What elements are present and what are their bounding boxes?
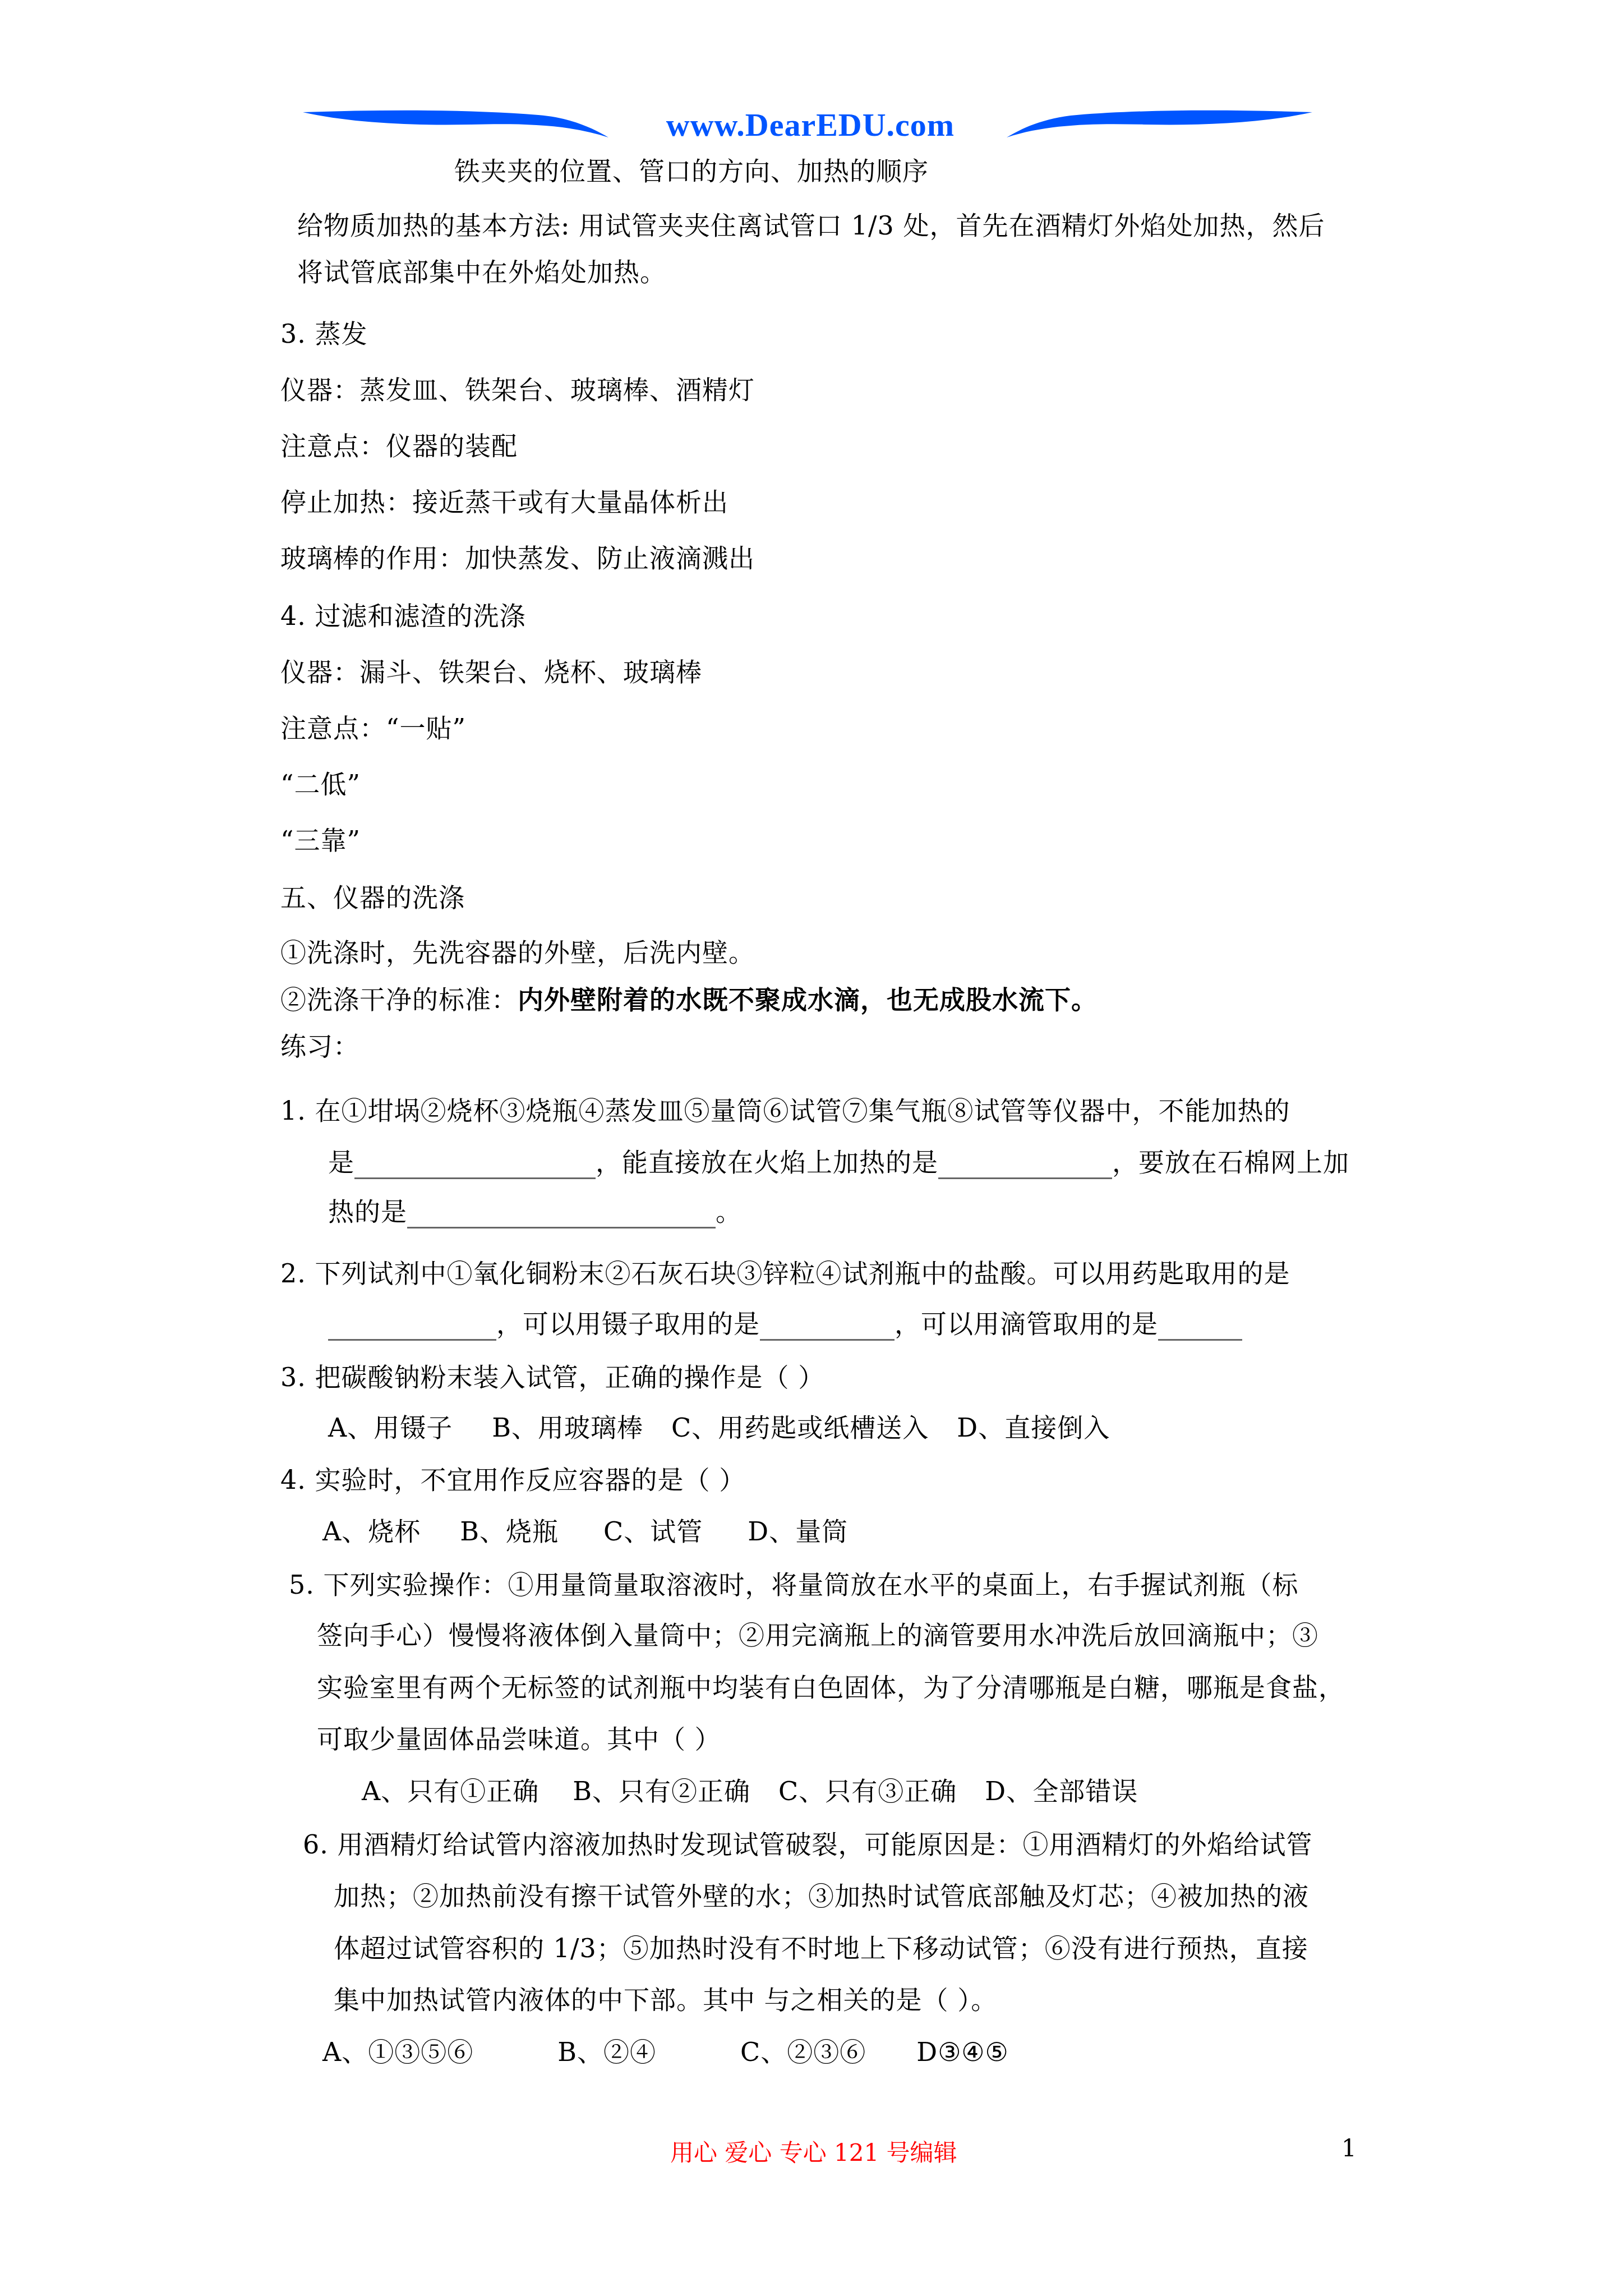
option-b[interactable]: B、用玻璃棒: [492, 1412, 643, 1443]
paragraph-line: 注意点：仪器的装配: [280, 429, 518, 463]
site-banner-text: www.DearEDU.com: [614, 105, 1007, 145]
question-6-options: A、①③⑤⑥B、②④C、②③⑥D③④⑤: [322, 2035, 1009, 2069]
paragraph-line: ②洗涤干净的标准：内外壁附着的水既不聚成水滴，也无成股水流下。: [280, 983, 1098, 1016]
paragraph-line: 仪器：漏斗、铁架台、烧杯、玻璃棒: [280, 655, 702, 689]
option-b[interactable]: B、只有②正确: [573, 1776, 750, 1806]
question-2-line2: ，可以用镊子取用的是，可以用滴管取用的是: [328, 1307, 1242, 1341]
paragraph-line: “二低”: [280, 767, 361, 801]
question-5-line2: 签向手心）慢慢将液体倒入量筒中；②用完滴瓶上的滴管要用水冲洗后放回滴瓶中；③: [317, 1618, 1318, 1652]
question-6-line2: 加热；②加热前没有擦干试管外壁的水；③加热时试管底部触及灯芯；④被加热的液: [334, 1879, 1309, 1913]
paragraph-line: 注意点：“一贴”: [280, 711, 466, 745]
option-c[interactable]: C、试管: [603, 1516, 703, 1547]
question-5-line3: 实验室里有两个无标签的试剂瓶中均装有白色固体，为了分清哪瓶是白糖，哪瓶是食盐，: [317, 1671, 1345, 1704]
exercise-heading: 练习：: [280, 1029, 359, 1063]
answer-blank[interactable]: [760, 1311, 895, 1341]
answer-blank[interactable]: [354, 1149, 596, 1179]
page-number: 1: [1341, 2134, 1357, 2162]
standard-emphasis: 内外壁附着的水既不聚成水滴，也无成股水流下。: [518, 984, 1098, 1015]
question-6-line3: 体超过试管容积的 1/3；⑤加热时没有不时地上下移动试管；⑥没有进行预热，直接: [334, 1931, 1308, 1965]
option-c[interactable]: C、只有③正确: [778, 1776, 957, 1806]
option-d[interactable]: D、直接倒入: [957, 1412, 1110, 1443]
question-5-options: A、只有①正确B、只有②正确C、只有③正确D、全部错误: [362, 1774, 1138, 1808]
question-4-options: A、烧杯B、烧瓶C、试管D、量筒: [322, 1515, 848, 1548]
option-a[interactable]: A、烧杯: [322, 1516, 421, 1547]
question-1-line2: 是，能直接放在火焰上加热的是，要放在石棉网上加: [328, 1145, 1349, 1179]
paragraph-line: ①洗涤时，先洗容器的外壁，后洗内壁。: [280, 936, 755, 969]
question-4-stem: 4. 实验时，不宜用作反应容器的是（ ）: [280, 1463, 745, 1497]
subheading: 铁夹夹的位置、管口的方向、加热的顺序: [454, 154, 929, 188]
question-3-options: A、用镊子B、用玻璃棒C、用药匙或纸槽送入D、直接倒入: [328, 1411, 1110, 1444]
question-5-line1: 5. 下列实验操作：①用量筒量取溶液时，将量筒放在水平的桌面上，右手握试剂瓶（标: [289, 1568, 1299, 1602]
footer-slogan: 用心 爱心 专心 121 号编辑: [670, 2134, 957, 2168]
question-1-line3: 热的是。: [328, 1195, 742, 1228]
question-3-stem: 3. 把碳酸钠粉末装入试管，正确的操作是（ ）: [280, 1360, 824, 1394]
option-c[interactable]: C、用药匙或纸槽送入: [671, 1412, 929, 1443]
site-banner: www.DearEDU.com: [303, 107, 1312, 146]
question-1-stem: 1. 在①坩埚②烧杯③烧瓶④蒸发皿⑤量筒⑥试管⑦集气瓶⑧试管等仪器中，不能加热的: [280, 1094, 1290, 1128]
answer-blank[interactable]: [938, 1149, 1112, 1179]
option-d[interactable]: D、量筒: [748, 1516, 848, 1547]
section-heading: 4. 过滤和滤渣的洗涤: [280, 599, 526, 633]
answer-blank[interactable]: [1158, 1311, 1242, 1341]
question-2-stem: 2. 下列试剂中①氧化铜粉末②石灰石块③锌粒④试剂瓶中的盐酸。可以用药匙取用的是: [280, 1257, 1290, 1290]
answer-blank[interactable]: [407, 1199, 716, 1228]
section-heading: 3. 蒸发: [280, 317, 368, 351]
option-d[interactable]: D、全部错误: [985, 1776, 1138, 1806]
question-6-line4: 集中加热试管内液体的中下部。其中 与之相关的是（ ）。: [334, 1983, 997, 2017]
standard-label: ②洗涤干净的标准：: [280, 984, 518, 1015]
paragraph-line: 玻璃棒的作用：加快蒸发、防止液滴溅出: [280, 541, 755, 575]
paragraph-line: 仪器：蒸发皿、铁架台、玻璃棒、酒精灯: [280, 373, 755, 407]
paragraph-line: 给物质加热的基本方法: 用试管夹夹住离试管口 1/3 处，首先在酒精灯外焰处加热…: [297, 209, 1325, 242]
question-5-line4: 可取少量固体品尝味道。其中（ ）: [317, 1722, 721, 1756]
option-b[interactable]: B、②④: [557, 2037, 656, 2067]
option-a[interactable]: A、只有①正确: [362, 1776, 539, 1806]
option-c[interactable]: C、②③⑥: [740, 2037, 866, 2067]
question-6-line1: 6. 用酒精灯给试管内溶液加热时发现试管破裂，可能原因是：①用酒精灯的外焰给试管: [303, 1828, 1313, 1861]
option-a[interactable]: A、用镊子: [328, 1412, 453, 1443]
answer-blank[interactable]: [328, 1311, 496, 1341]
option-d[interactable]: D③④⑤: [916, 2037, 1009, 2067]
option-a[interactable]: A、①③⑤⑥: [322, 2037, 473, 2067]
paragraph-line: 将试管底部集中在外焰处加热。: [297, 255, 666, 289]
section-heading: 五、仪器的洗涤: [280, 881, 465, 914]
option-b[interactable]: B、烧瓶: [460, 1516, 559, 1547]
paragraph-line: “三靠”: [280, 823, 361, 857]
paragraph-line: 停止加热：接近蒸干或有大量晶体析出: [280, 485, 728, 519]
